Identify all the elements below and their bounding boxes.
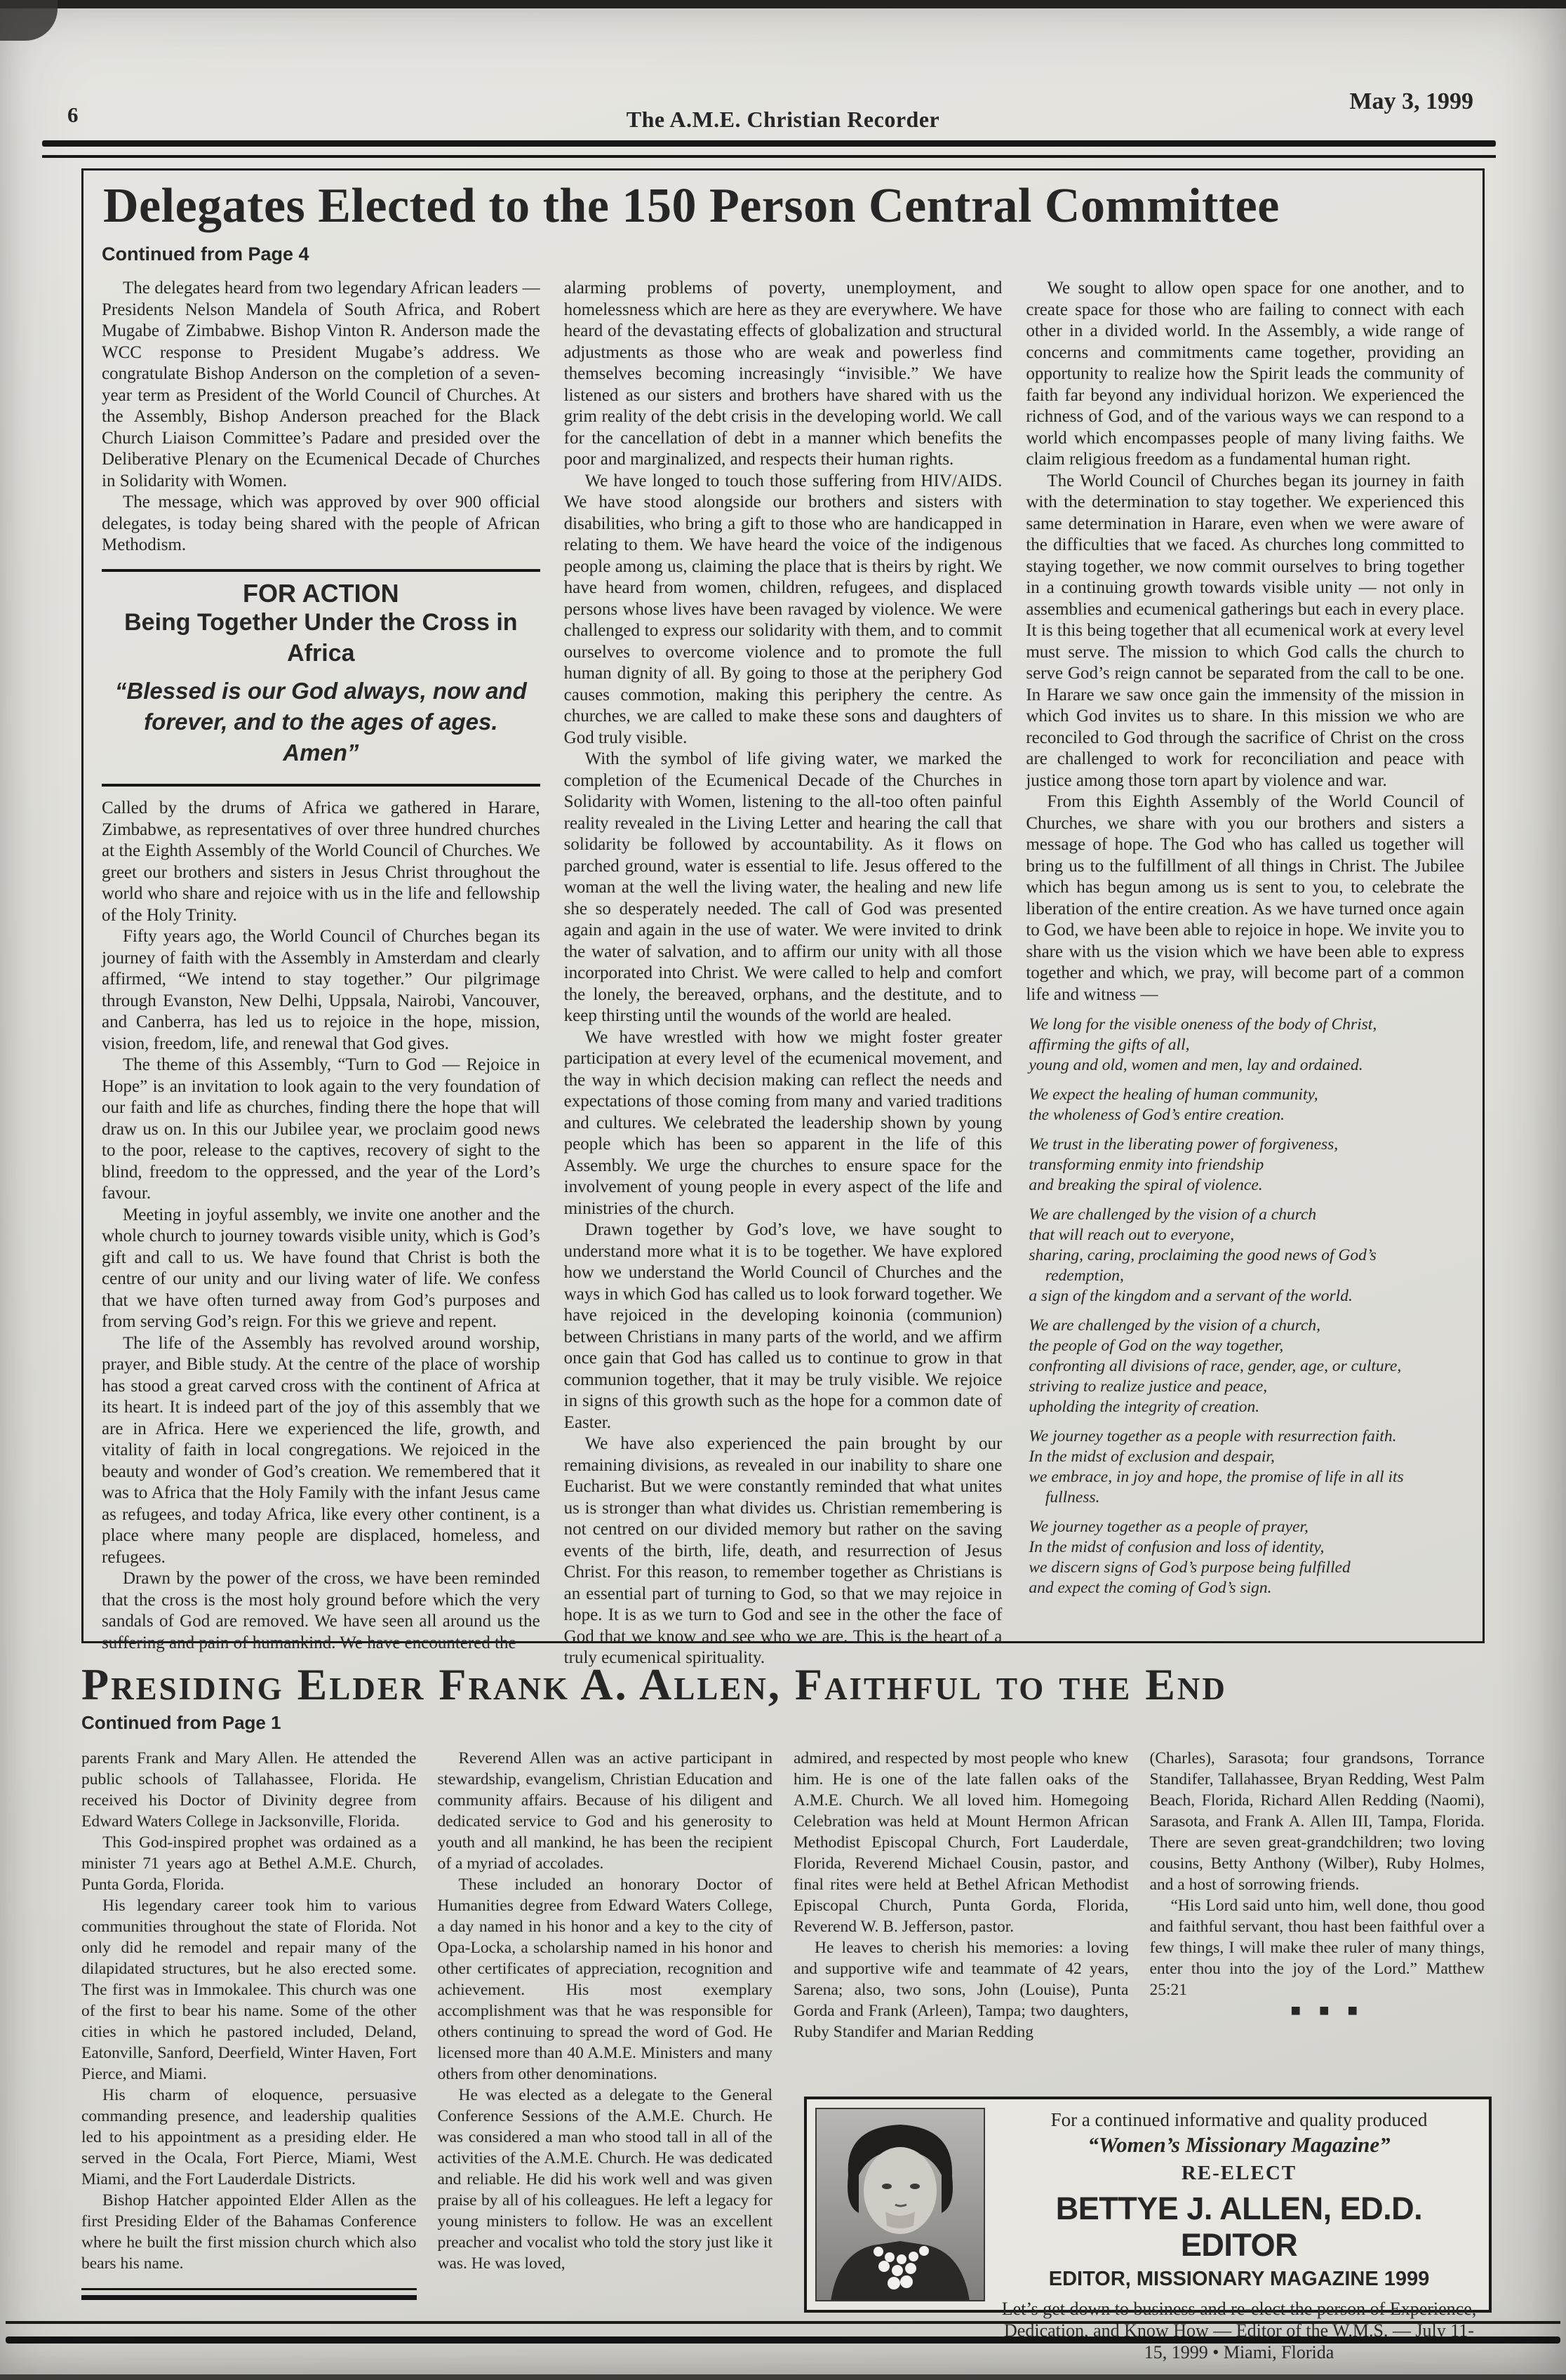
for-action-box: FOR ACTION Being Together Under the Cros… [102, 569, 540, 787]
paragraph: parents Frank and Mary Allen. He attende… [81, 1748, 417, 1832]
article-delegates: Delegates Elected to the 150 Person Cent… [81, 168, 1485, 1643]
column-end-rule [81, 2288, 417, 2300]
header-rule-thin [42, 155, 1496, 158]
masthead-title: The A.M.E. Christian Recorder [0, 107, 1566, 133]
litany-stanza: We are challenged by the vision of a chu… [1029, 1316, 1464, 1417]
paragraph: The life of the Assembly has revolved ar… [102, 1333, 540, 1569]
scan-corner-shadow [0, 0, 58, 41]
article1-column-1: The delegates heard from two legendary A… [102, 278, 540, 1669]
litany-stanza: We trust in the liberating power of forg… [1029, 1135, 1464, 1196]
paragraph: He was elected as a delegate to the Gene… [438, 2085, 773, 2274]
paragraph: We sought to allow open space for one an… [1026, 278, 1464, 471]
paragraph: The World Council of Churches began its … [1026, 471, 1464, 792]
paragraph: His legendary career took him to various… [81, 1895, 417, 2085]
bettye-allen-photo [815, 2108, 985, 2301]
paragraph: (Charles), Sarasota; four grandsons, Tor… [1150, 1748, 1485, 1895]
paragraph: We have also experienced the pain brough… [564, 1433, 1003, 1669]
scripture-quote: “His Lord said unto him, well done, thou… [1150, 1895, 1485, 2000]
litany-stanza: We journey together as a people of praye… [1029, 1517, 1464, 1598]
article1-column-2: alarming problems of poverty, unemployme… [564, 278, 1003, 1669]
footer-rule-thick [6, 2336, 1560, 2344]
litany-stanza: We journey together as a people with res… [1029, 1426, 1464, 1508]
paragraph: He leaves to cherish his memories: a lov… [794, 1937, 1129, 2043]
assembly-litany: We long for the visible oneness of the b… [1026, 1015, 1464, 1598]
reelect-bettye-allen-ad: For a continued informative and quality … [804, 2097, 1492, 2313]
paragraph: admired, and respected by most people wh… [794, 1748, 1129, 1937]
ad-intro-line: For a continued informative and quality … [1001, 2109, 1478, 2131]
for-action-quote: “Blessed is our God always, now and fore… [105, 676, 537, 768]
paragraph: Reverend Allen was an active participant… [438, 1748, 773, 1874]
paragraph: Meeting in joyful assembly, we invite on… [102, 1205, 540, 1333]
article2-continued-from: Continued from Page 1 [81, 1712, 1485, 1734]
paragraph: The message, which was approved by over … [102, 492, 540, 556]
scan-top-edge [0, 0, 1566, 8]
ad-magazine-title: “Women’s Missionary Magazine” [1001, 2132, 1478, 2158]
ad-candidate-name: BETTYE J. ALLEN, ED.D. EDITOR [1001, 2191, 1478, 2264]
paragraph: We have longed to touch those suffering … [564, 471, 1003, 749]
paragraph: These included an honorary Doctor of Hum… [438, 1874, 773, 2085]
litany-stanza: We long for the visible oneness of the b… [1029, 1015, 1464, 1076]
paragraph: Drawn together by God’s love, we have so… [564, 1219, 1003, 1433]
ad-pitch-text: Let’s get down to business and re-elect … [1001, 2298, 1478, 2363]
litany-stanza: We expect the healing of human community… [1029, 1085, 1464, 1125]
paragraph: We have wrestled with how we might foste… [564, 1027, 1003, 1220]
issue-date: May 3, 1999 [1349, 88, 1473, 115]
paragraph: This God-inspired prophet was ordained a… [81, 1832, 417, 1895]
paragraph: Bishop Hatcher appointed Elder Allen as … [81, 2190, 417, 2274]
scan-bottom-edge [0, 2374, 1566, 2380]
article1-continued-from: Continued from Page 4 [102, 243, 1464, 265]
article2-column-4: (Charles), Sarasota; four grandsons, Tor… [1150, 1748, 1485, 2021]
ad-copy: For a continued informative and quality … [1001, 2108, 1478, 2301]
footer-rule-thin [6, 2321, 1560, 2324]
paragraph: Drawn by the power of the cross, we have… [102, 1568, 540, 1654]
article2-headline: Presiding Elder Frank A. Allen, Faithful… [81, 1660, 1485, 1709]
litany-stanza: We are challenged by the vision of a chu… [1029, 1205, 1464, 1306]
for-action-kicker: FOR ACTION [105, 583, 537, 605]
article1-columns: The delegates heard from two legendary A… [102, 278, 1464, 1669]
paragraph: alarming problems of poverty, unemployme… [564, 278, 1003, 471]
paragraph: His charm of eloquence, persuasive comma… [81, 2085, 417, 2190]
portrait-illustration [817, 2109, 984, 2300]
ad-reelect-label: RE-ELECT [1001, 2162, 1478, 2185]
newspaper-page-scan: { "hdr": { "page_number": "6", "masthead… [0, 0, 1566, 2380]
article2-column-3: admired, and respected by most people wh… [794, 1748, 1129, 2043]
paragraph: The theme of this Assembly, “Turn to God… [102, 1055, 540, 1205]
article1-headline: Delegates Elected to the 150 Person Cent… [103, 179, 1464, 234]
for-action-title: Being Together Under the Cross in Africa [105, 607, 537, 669]
header-rule-thick [42, 140, 1496, 147]
paragraph: From this Eighth Assembly of the World C… [1026, 791, 1464, 1005]
paragraph: Called by the drums of Africa we gathere… [102, 798, 540, 926]
ad-candidate-role: EDITOR, MISSIONARY MAGAZINE 1999 [1001, 2268, 1478, 2291]
article2-column-1: parents Frank and Mary Allen. He attende… [81, 1748, 417, 2300]
article2-column-2: Reverend Allen was an active participant… [438, 1748, 773, 2274]
paragraph: With the symbol of life giving water, we… [564, 749, 1003, 1027]
paragraph: The delegates heard from two legendary A… [102, 278, 540, 492]
article1-column-3: We sought to allow open space for one an… [1026, 278, 1464, 1669]
newsprint-sheet: 6 The A.M.E. Christian Recorder May 3, 1… [0, 0, 1566, 2380]
end-of-article-squares: ■ ■ ■ [1150, 2000, 1485, 2021]
paragraph: Fifty years ago, the World Council of Ch… [102, 926, 540, 1055]
